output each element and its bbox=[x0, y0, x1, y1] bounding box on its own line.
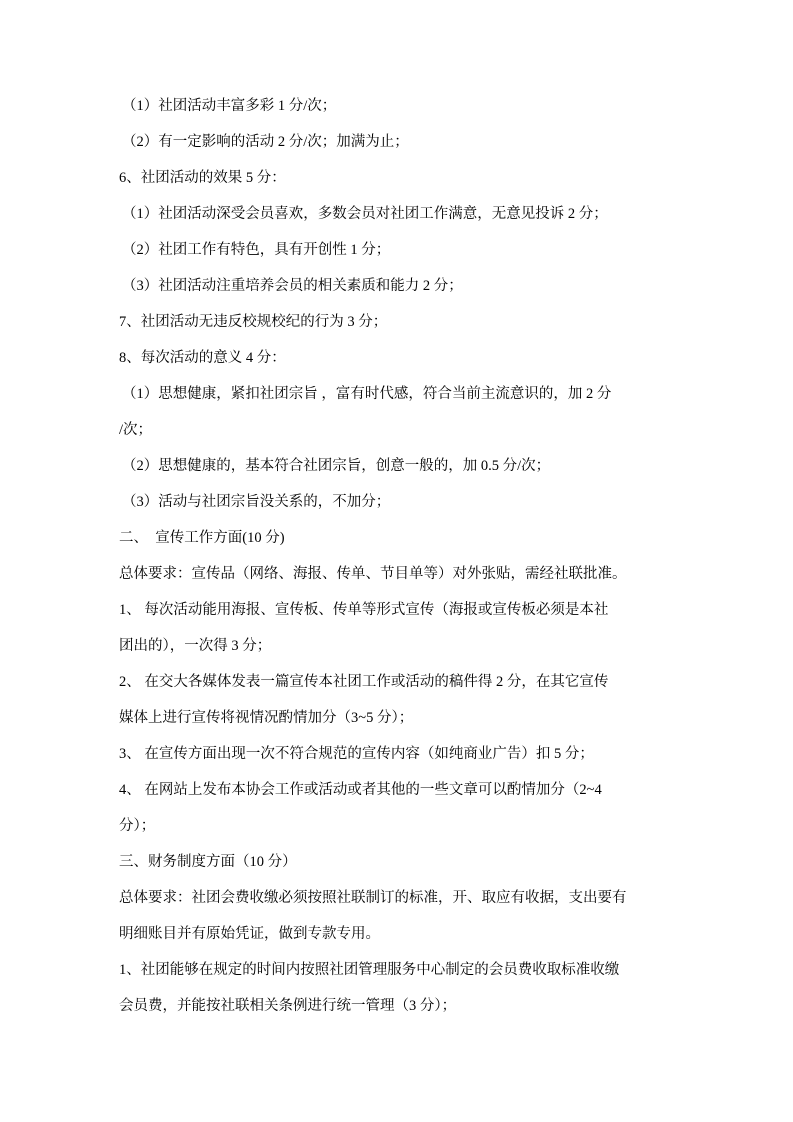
paragraph: （3）社团活动注重培养会员的相关素质和能力 2 分； bbox=[119, 268, 695, 304]
paragraph: （1）思想健康，紧扣社团宗旨 ，富有时代感，符合当前主流意识的，加 2 分 /次… bbox=[119, 376, 695, 448]
paragraph: 6、社团活动的效果 5 分： bbox=[119, 160, 695, 196]
paragraph: （3）活动与社团宗旨没关系的，不加分； bbox=[119, 484, 695, 520]
paragraph: （1）社团活动深受会员喜欢，多数会员对社团工作满意，无意见投诉 2 分； bbox=[119, 196, 695, 232]
paragraph: 二、 宣传工作方面(10 分) bbox=[119, 520, 695, 556]
paragraph: 8、每次活动的意义 4 分： bbox=[119, 340, 695, 376]
paragraph: 总体要求：社团会费收缴必须按照社联制订的标准，开、取应有收据，支出要有 明细账目… bbox=[119, 880, 695, 952]
paragraph: 1、 每次活动能用海报、宣传板、传单等形式宣传（海报或宣传板必须是本社 团出的）… bbox=[119, 592, 695, 664]
paragraph: 2、 在交大各媒体发表一篇宣传本社团工作或活动的稿件得 2 分，在其它宣传 媒体… bbox=[119, 664, 695, 736]
paragraph: 三、财务制度方面（10 分） bbox=[119, 844, 695, 880]
paragraph: 总体要求：宣传品（网络、海报、传单、节目单等）对外张贴，需经社联批准。 bbox=[119, 556, 695, 592]
paragraph: 1、社团能够在规定的时间内按照社团管理服务中心制定的会员费收取标准收缴 会员费，… bbox=[119, 952, 695, 1024]
paragraph: （2）有一定影响的活动 2 分/次；加满为止； bbox=[119, 124, 695, 160]
paragraph: （2）社团工作有特色，具有开创性 1 分； bbox=[119, 232, 695, 268]
document-page-content: （1）社团活动丰富多彩 1 分/次；（2）有一定影响的活动 2 分/次；加满为止… bbox=[0, 0, 793, 1024]
paragraph: 3、 在宣传方面出现一次不符合规范的宣传内容（如纯商业广告）扣 5 分； bbox=[119, 736, 695, 772]
paragraph: 7、社团活动无违反校规校纪的行为 3 分； bbox=[119, 304, 695, 340]
paragraph: （1）社团活动丰富多彩 1 分/次； bbox=[119, 88, 695, 124]
paragraph: （2）思想健康的，基本符合社团宗旨，创意一般的，加 0.5 分/次； bbox=[119, 448, 695, 484]
paragraph: 4、 在网站上发布本协会工作或活动或者其他的一些文章可以酌情加分（2~4 分）； bbox=[119, 772, 695, 844]
document-page: （1）社团活动丰富多彩 1 分/次；（2）有一定影响的活动 2 分/次；加满为止… bbox=[0, 0, 793, 1122]
